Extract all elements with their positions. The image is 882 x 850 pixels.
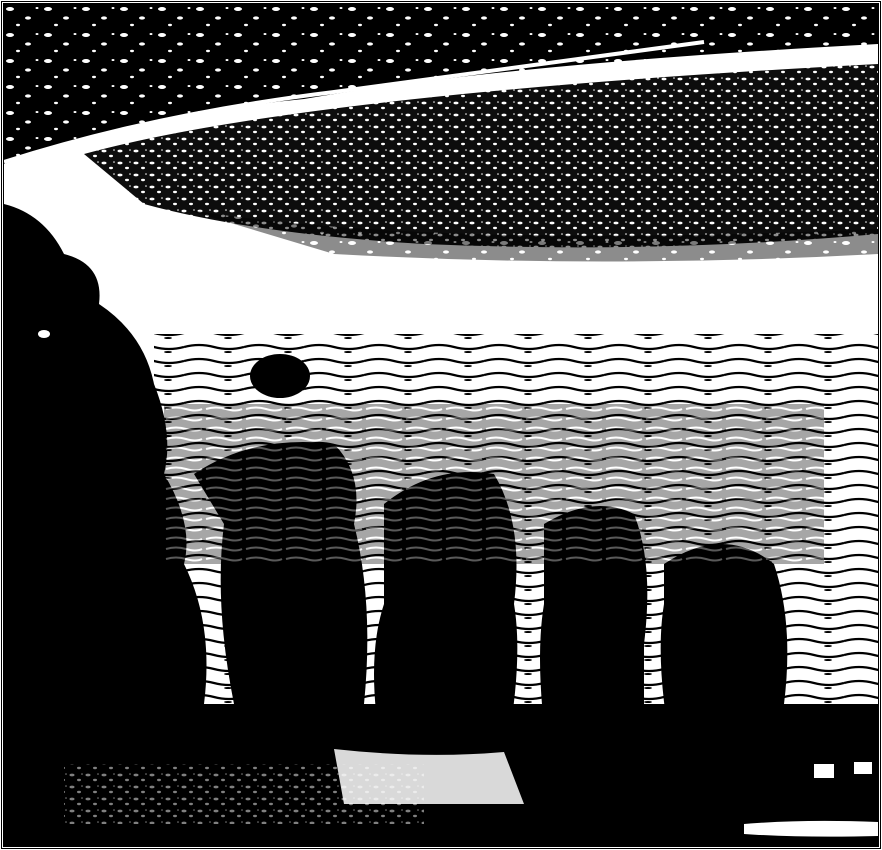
photo-frame — [0, 0, 882, 850]
photograph — [4, 4, 878, 846]
puddle-reflection-image — [4, 4, 878, 846]
